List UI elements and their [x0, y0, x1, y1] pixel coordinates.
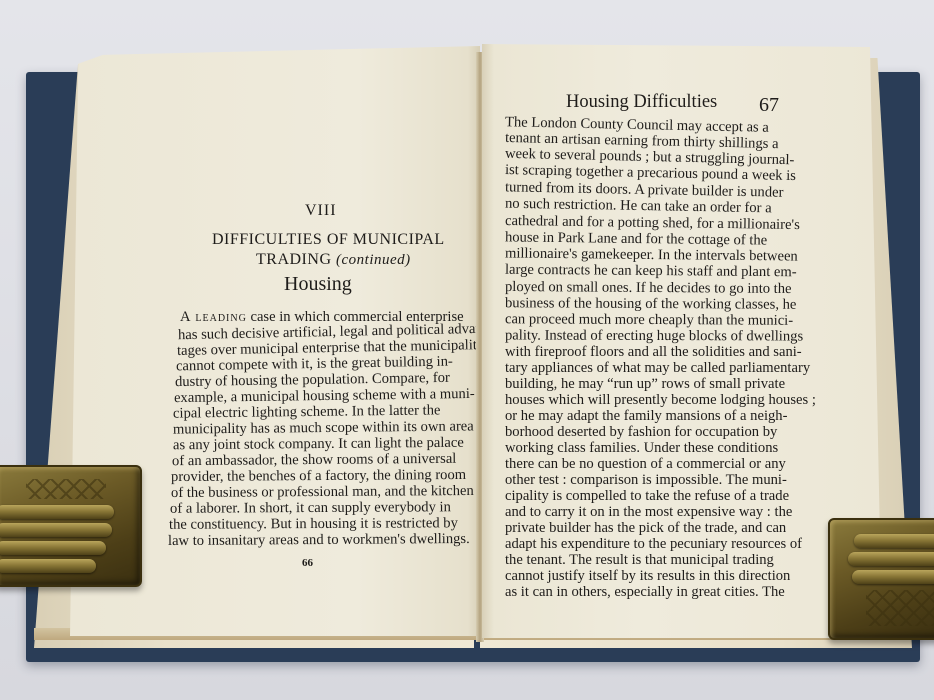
- chapter-title-continued: (continued): [336, 252, 411, 268]
- body-line: adapt his expenditure to the pecuniary r…: [505, 537, 802, 552]
- section-title: Housing: [284, 273, 352, 296]
- finger-shape: [0, 541, 106, 555]
- body-line: private builder has the pick of the trad…: [505, 521, 786, 536]
- body-line: business of the housing of the working c…: [505, 296, 797, 312]
- body-line: with fireproof floors and all the solidi…: [505, 345, 802, 360]
- body-line: the tenant. The result is that municipal…: [505, 553, 774, 568]
- body-line: and to carry it on in the most expensive…: [505, 505, 792, 520]
- finger-shape: [0, 505, 114, 519]
- crosshatch-pattern: [26, 479, 106, 499]
- body-line: borhood deserted by fashion for occupati…: [505, 425, 777, 440]
- body-line: provider, the benches of a factory, the …: [171, 468, 466, 485]
- body-line: cipality is compelled to take the refuse…: [505, 489, 789, 504]
- finger-shape: [848, 552, 934, 566]
- finger-shape: [0, 523, 112, 537]
- left-brass-hand-bookend: [0, 465, 142, 587]
- body-line: the constituency. But in housing it is r…: [169, 516, 458, 532]
- right-page-number: 67: [759, 94, 779, 117]
- crosshatch-pattern: [866, 590, 934, 626]
- running-head: Housing Difficulties: [566, 92, 717, 113]
- chapter-number: VIII: [305, 202, 337, 220]
- body-line: as it can in others, especially in great…: [505, 585, 785, 600]
- left-page-number: 66: [302, 557, 313, 569]
- finger-shape: [0, 559, 96, 573]
- chapter-title-line2: TRADING (continued): [256, 251, 411, 269]
- body-line: of a laborer. In short, it can supply ev…: [170, 500, 451, 516]
- body-line: tary appliances of what may be called pa…: [505, 361, 810, 376]
- body-line: pality. Instead of erecting huge blocks …: [505, 328, 803, 344]
- body-line: law to insanitary areas and to workmen's…: [168, 532, 470, 549]
- body-line: houses which will presently become lodgi…: [505, 393, 816, 408]
- body-line: ployed on small ones. If he decides to g…: [505, 280, 792, 297]
- finger-shape: [854, 534, 934, 548]
- body-line: working class families. Under these cond…: [505, 441, 778, 456]
- body-line: other test : comparison is impossible. T…: [505, 473, 787, 488]
- lead-small-caps: A leading: [180, 309, 247, 325]
- body-line: can proceed much more cheaply than the m…: [505, 312, 793, 328]
- body-line: building, he may “run up” rows of small …: [505, 377, 785, 392]
- body-line: of an ambassador, the show rooms of a un…: [172, 452, 456, 469]
- finger-shape: [852, 570, 934, 584]
- body-line: of the business or professional man, and…: [171, 484, 474, 501]
- chapter-title-line1: DIFFICULTIES OF MUNICIPAL: [212, 231, 445, 249]
- body-line: there can be no question of a commercial…: [505, 457, 786, 472]
- body-line: or he may adapt the family mansions of a…: [505, 409, 787, 424]
- body-line: large contracts he can keep his staff an…: [505, 263, 797, 280]
- chapter-title-trading: TRADING: [256, 251, 332, 268]
- right-brass-hand-bookend: [828, 518, 934, 640]
- body-line: cannot justify itself by its results in …: [505, 569, 790, 584]
